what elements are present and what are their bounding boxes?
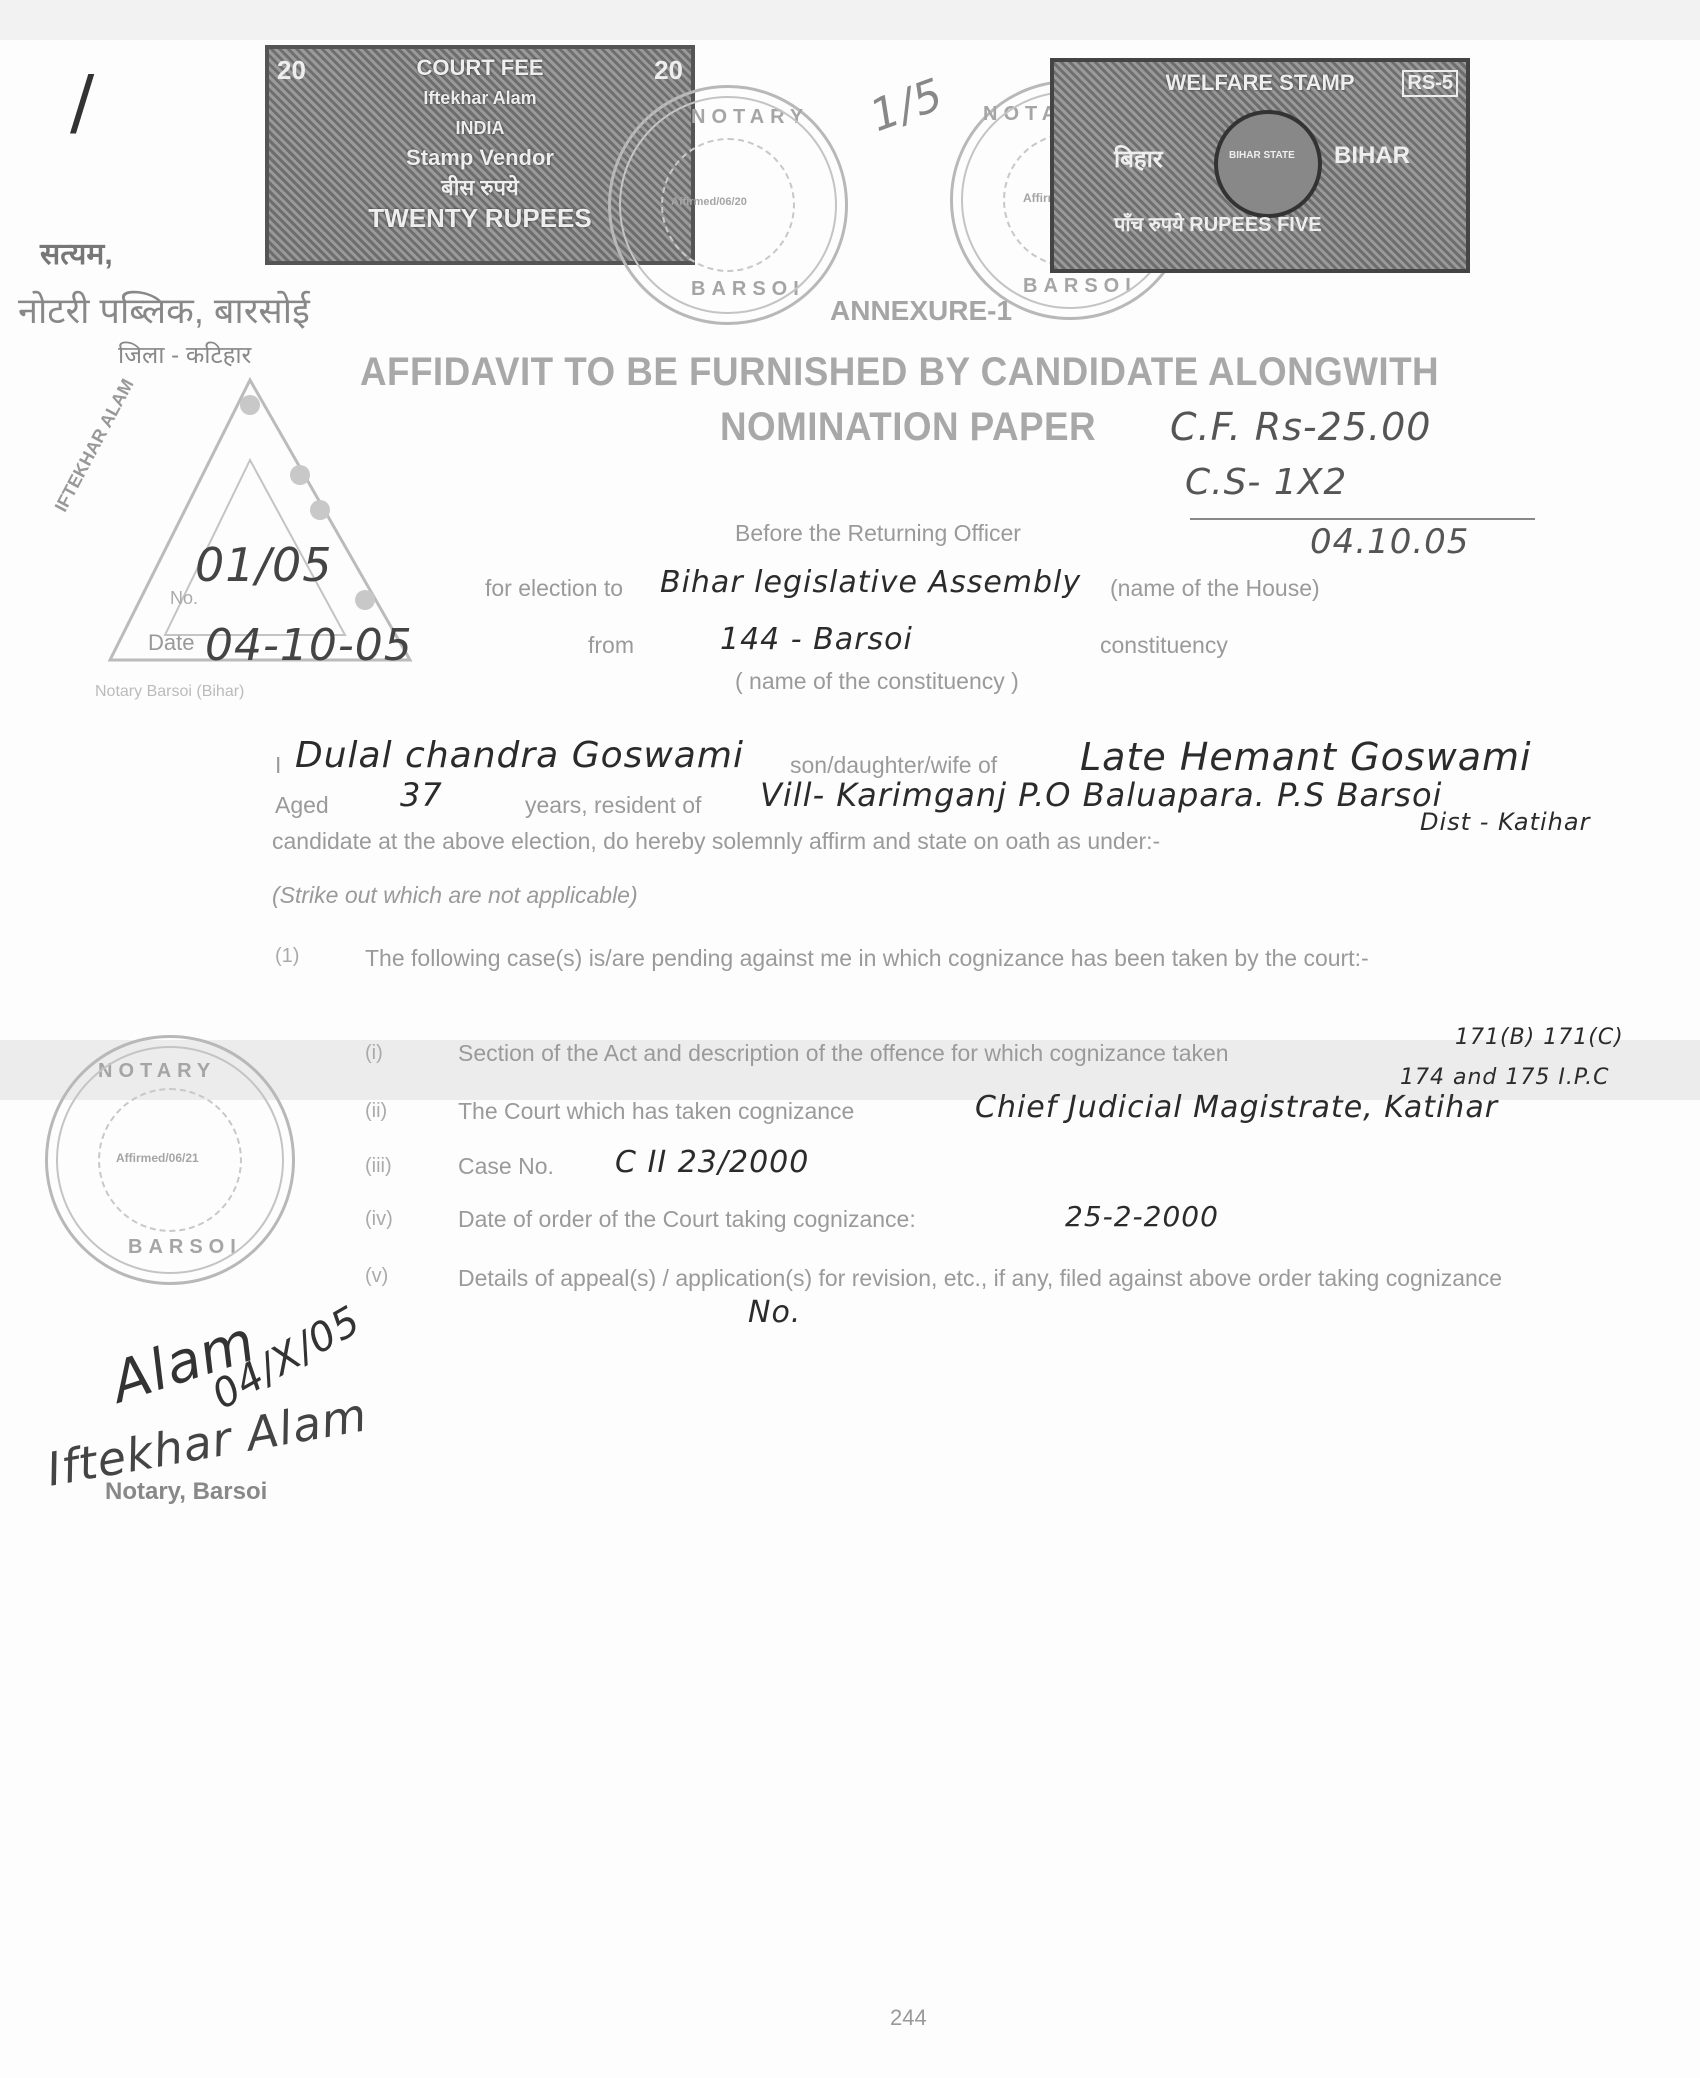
hindi-note-2: नोटरी पब्लिक, बारसोई [18,285,310,334]
triangle-no-label: No. [170,588,198,609]
declaration-prefix: I [275,752,281,779]
page-title-line1: AFFIDAVIT TO BE FURNISHED BY CANDIDATE A… [360,350,1439,395]
scan-artifact [0,0,1700,40]
hindi-note-1: सत्यम, [40,232,113,273]
slash-mark: / [70,60,95,144]
welfare-stamp: RS-5 WELFARE STAMP BIHAR STATE बिहार BIH… [1050,58,1470,273]
notary-seal: NOTARY BARSOI Affirmed/06/20 [608,85,848,325]
candidate-age: 37 [400,776,443,814]
constituency-caption: ( name of the constituency ) [735,668,1019,695]
stamp-corner-value: RS-5 [1402,70,1458,97]
father-name: Late Hemant Goswami [1080,735,1532,779]
stamp-corner-value: 20 [654,55,683,86]
stamp-heading: COURT FEE [269,53,691,83]
seal-bottom-text: BARSOI [128,1236,242,1259]
triangle-no-value: 01/05 [195,538,333,592]
sub-item-label: Case No. [458,1153,554,1180]
fraction-note: 1/5 [864,69,951,142]
annexure-label: ANNEXURE-1 [830,295,1012,327]
sub-item-label: Section of the Act and description of th… [458,1040,1229,1067]
constituency-suffix: constituency [1100,632,1228,659]
fee-note-rule [1190,518,1535,520]
stamp-corner-value: 20 [277,55,306,86]
page-number: 244 [890,2005,927,2031]
notary-seal: NOTARY BARSOI Affirmed/06/21 [45,1035,295,1285]
fee-note-date: 04.10.05 [1310,522,1469,562]
seal-top-text: NOTARY [98,1060,216,1083]
resident-text: years, resident of [525,792,701,819]
stamp-value-text: पाँच रुपये RUPEES FIVE [1114,210,1322,237]
strike-note: (Strike out which are not applicable) [272,882,638,909]
sub-item-number: (i) [365,1042,383,1065]
sub-item-label: Details of appeal(s) / application(s) fo… [458,1262,1588,1294]
stamp-overprint-name: Iftekhar Alam [269,83,691,113]
sub-item-number: (ii) [365,1100,387,1123]
sub-item-label: The Court which has taken cognizance [458,1098,854,1125]
stamp-state: BIHAR [1334,142,1410,170]
returning-officer-line: Before the Returning Officer [735,520,1021,547]
item-number: (1) [275,945,299,968]
offence-sections-cont: 174 and 175 I.P.C [1400,1065,1609,1090]
seal-bottom-text: BARSOI [1023,275,1137,298]
declaration-oath: candidate at the above election, do here… [272,828,1160,855]
sub-item-number: (iii) [365,1155,392,1178]
cognizance-date: 25-2-2000 [1065,1200,1219,1233]
triangle-date-label: Date [148,630,194,656]
house-caption: (name of the House) [1110,575,1320,602]
aged-prefix: Aged [275,792,329,819]
seal-center-text: Affirmed/06/21 [116,1151,199,1165]
hindi-note-3: जिला - कटिहार [118,338,251,371]
candidate-district: Dist - Katihar [1420,808,1590,836]
seal-top-text: NOTARY [691,106,809,129]
candidate-name: Dulal chandra Goswami [295,735,744,776]
seal-bottom-text: BARSOI [691,278,805,301]
from-prefix: from [588,632,634,659]
candidate-address: Vill- Karimganj P.O Baluapara. P.S Barso… [760,776,1442,814]
election-prefix: for election to [485,575,623,602]
triangle-footer: Notary Barsoi (Bihar) [95,683,244,701]
offence-sections: 171(B) 171(C) [1455,1025,1624,1050]
house-value: Bihar legislative Assembly [660,565,1081,600]
triangle-date-value: 04-10-05 [205,620,413,671]
relation-text: son/daughter/wife of [790,752,997,779]
constituency-value: 144 - Barsoi [720,622,913,657]
seal-center-text: Affirmed/06/20 [671,196,747,208]
page-title-line2: NOMINATION PAPER [720,405,1096,450]
sub-item-number: (iv) [365,1208,393,1231]
sub-item-label: Date of order of the Court taking cogniz… [458,1206,916,1233]
stamp-hindi-state: बिहार [1114,142,1163,175]
sub-item-number: (v) [365,1265,388,1288]
item-main-text: The following case(s) is/are pending aga… [365,942,1595,974]
court-name: Chief Judicial Magistrate, Katihar [975,1090,1498,1125]
appeal-details: No. [748,1295,801,1330]
stamp-emblem: BIHAR STATE [1229,150,1295,161]
fee-note-1: C.F. Rs-25.00 [1170,405,1431,449]
signature-title: Notary, Barsoi [105,1478,267,1506]
fee-note-2: C.S- 1X2 [1185,462,1347,503]
case-number: C II 23/2000 [615,1145,809,1180]
